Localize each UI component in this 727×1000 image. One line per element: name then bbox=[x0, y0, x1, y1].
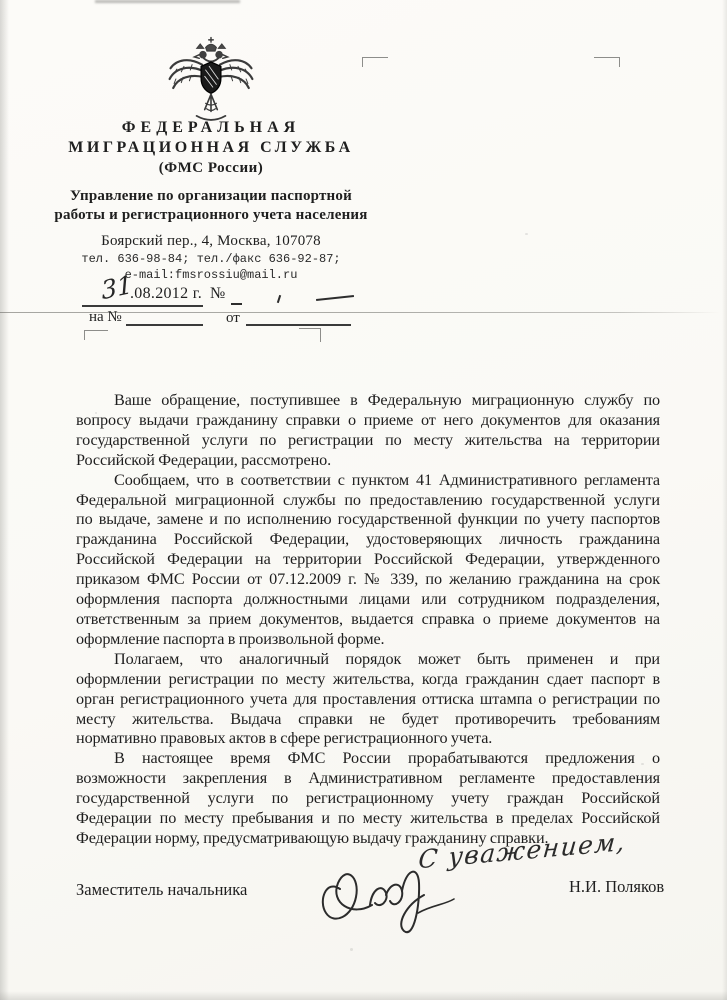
body-line: месту жительства. Выдача справки не буде… bbox=[76, 710, 660, 730]
email-line: e-mail:fmsrossiu@mail.ru bbox=[30, 268, 392, 282]
frame-corner-mark bbox=[594, 57, 620, 67]
body-line: Федерации по месту пребывания и по месту… bbox=[76, 809, 660, 829]
body-line: орган регистрационного учета для простав… bbox=[76, 690, 660, 710]
body-paragraphs: Ваше обращение, поступившее в Федеральну… bbox=[76, 391, 660, 849]
scan-smudge-top bbox=[95, 0, 240, 3]
from-date-label: от bbox=[226, 310, 240, 327]
signer-position: Заместитель начальника bbox=[76, 880, 247, 900]
paragraph: Сообщаем, что в соответствии с пунктом 4… bbox=[76, 471, 660, 650]
body-line: приказом ФМС России от 07.12.2009 г. № 3… bbox=[76, 570, 660, 590]
body-line: возможности закрепления в Административн… bbox=[76, 769, 660, 789]
paragraph: Полагаем, что аналогичный порядок может … bbox=[76, 650, 660, 750]
frame-corner-mark bbox=[362, 57, 388, 67]
scan-speck bbox=[525, 233, 528, 235]
handwritten-dash bbox=[231, 303, 242, 305]
body-line: Ваше обращение, поступившее в Федеральну… bbox=[76, 391, 660, 411]
letterhead: ФЕДЕРАЛЬНАЯ МИГРАЦИОННАЯ СЛУЖБА (ФМС Рос… bbox=[30, 119, 392, 282]
scanned-letter-page: ФЕДЕРАЛЬНАЯ МИГРАЦИОННАЯ СЛУЖБА (ФМС Рос… bbox=[0, 0, 727, 1000]
paragraph: Ваше обращение, поступившее в Федеральну… bbox=[76, 391, 660, 471]
reply-to-number-label: на № bbox=[89, 309, 122, 326]
body-line: оформление паспорта в произвольной форме… bbox=[76, 630, 660, 650]
signature-scribble bbox=[318, 843, 478, 943]
body-line: оформления паспорта должностными лицами … bbox=[76, 590, 660, 610]
body-line: ответственным за прием документов, выдае… bbox=[76, 610, 660, 630]
number-sign: № bbox=[210, 285, 225, 303]
scan-edge-shadow-right bbox=[722, 0, 727, 1000]
scan-edge-shadow-bottom bbox=[0, 991, 727, 1000]
body-line: В настоящее время ФМС России прорабатыва… bbox=[76, 749, 660, 769]
body-line: нормативно правовых актов в сфере регист… bbox=[76, 729, 660, 749]
body-line: государственной услуги по регистрации по… bbox=[76, 431, 660, 451]
body-line: государственной услуги по регистрационно… bbox=[76, 789, 660, 809]
handwritten-day: 31 bbox=[100, 270, 134, 306]
org-name-line2: МИГРАЦИОННАЯ СЛУЖБА bbox=[30, 139, 392, 157]
division-line1: Управление по организации паспортной bbox=[30, 187, 392, 206]
phone-fax-line: тел. 636-98-84; тел./факс 636-92-87; bbox=[30, 252, 392, 266]
body-line: оформлении регистрации по месту жительст… bbox=[76, 670, 660, 690]
postal-address: Боярский пер., 4, Москва, 107078 bbox=[30, 233, 392, 250]
scan-speck bbox=[350, 948, 353, 951]
division-line2: работы и регистрационного учета населени… bbox=[30, 206, 392, 225]
handwritten-dash-long bbox=[316, 295, 354, 301]
body-line: Сообщаем, что в соответствии с пунктом 4… bbox=[76, 471, 660, 491]
body-line: гражданина Российской Федерации, удостов… bbox=[76, 530, 660, 550]
reply-number-underline bbox=[126, 324, 203, 326]
body-line: по выдаче, замене и по исполнению госуда… bbox=[76, 510, 660, 530]
org-abbreviation: (ФМС России) bbox=[30, 160, 392, 177]
signer-name: Н.И. Поляков bbox=[569, 877, 664, 897]
body-line: Федеральной миграционной службы по предо… bbox=[76, 491, 660, 511]
handwritten-tick bbox=[277, 295, 281, 303]
org-name-line1: ФЕДЕРАЛЬНАЯ bbox=[30, 119, 392, 137]
frame-corner-mark bbox=[84, 330, 108, 340]
from-date-underline bbox=[246, 324, 351, 326]
body-line: вопросу выдачи гражданину справки о прие… bbox=[76, 411, 660, 431]
frame-corner-mark bbox=[299, 328, 321, 342]
body-line: Российской Федерации, рассмотрено. bbox=[76, 451, 660, 471]
date-underline bbox=[82, 305, 203, 307]
scan-edge-shadow-left bbox=[0, 0, 9, 1000]
body-line: Полагаем, что аналогичный порядок может … bbox=[76, 650, 660, 670]
date-label: .08.2012 г. bbox=[130, 285, 202, 303]
body-line: Российской Федерации на территории Росси… bbox=[76, 550, 660, 570]
double-headed-eagle-emblem-icon bbox=[166, 34, 256, 124]
